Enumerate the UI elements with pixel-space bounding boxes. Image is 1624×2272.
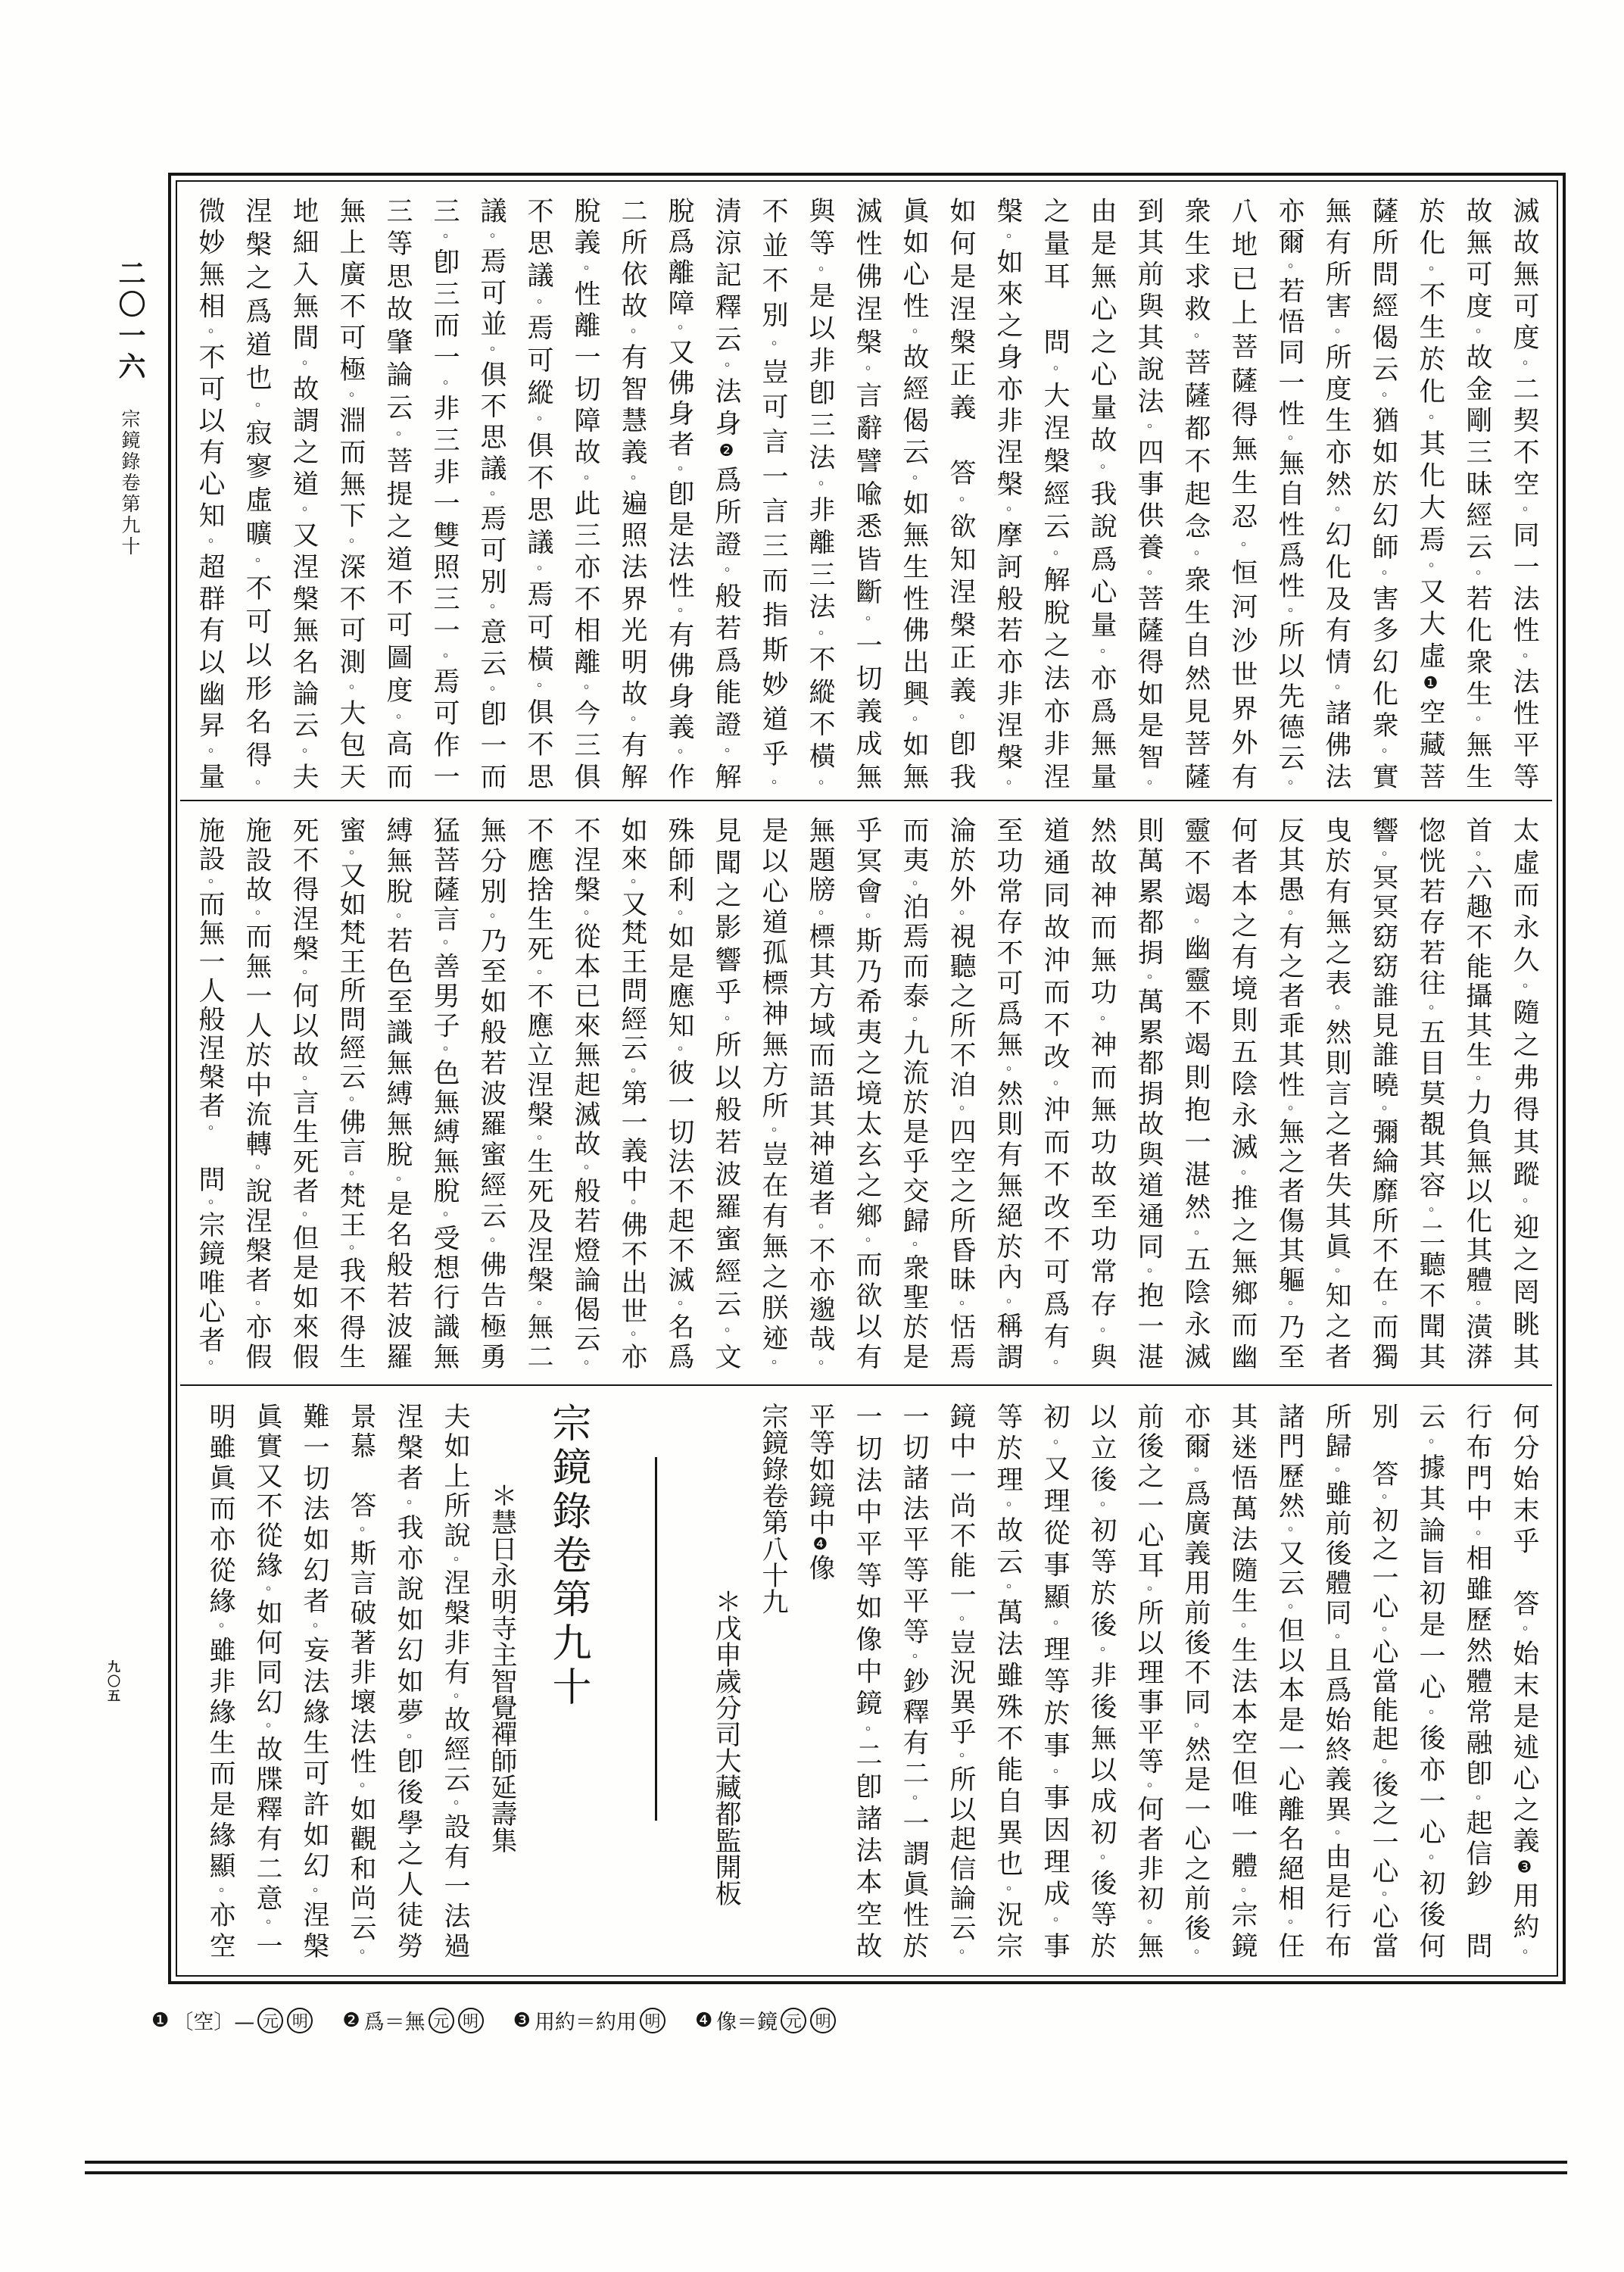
footnote-text: 〔空〕— (173, 2005, 254, 2035)
kan-end-title-column: 宗鏡錄卷第八十九 (750, 1403, 796, 1958)
text-column: 靈不竭。幽靈不竭則抱一湛然。五陰永滅 (1172, 816, 1219, 1369)
margin-running-title: 宗鏡錄卷第九十 (116, 409, 143, 557)
edition-siglum-icon: 元 (429, 2008, 454, 2033)
text-column: 與等。是以非卽三法。非離三法。不縱不橫。 (796, 197, 843, 789)
band-separator-rule (180, 800, 1552, 801)
text-column: 鏡中一尚不能一。豈況異乎。所以起信論云。 (937, 1403, 984, 1958)
footnote-marker-icon: ❸ (1515, 1858, 1534, 1882)
bottom-rule (85, 2171, 1567, 2174)
edition-siglum-icon: 元 (257, 2008, 283, 2033)
text-column: 無上廣不可極。淵而無下。深不可測。大包天 (327, 197, 374, 789)
text-column: 亦爾。爲廣義用前後不同。然是一心之前後。 (1172, 1403, 1219, 1958)
text-column: 以立後。初等於後。非後無以成初。後等於 (1078, 1403, 1125, 1958)
text-column: 無分別。乃至如般若波羅蜜經云。佛告極勇 (468, 816, 515, 1369)
footnote-marker-icon: ❶ (1421, 674, 1440, 698)
text-column: 然故神而無功。神而無功故至功常存。與 (1078, 816, 1125, 1369)
text-column: 初。又理從事顯。理等於事。事因理成。事 (1031, 1403, 1078, 1958)
text-column: 亦爾。若悟同一性。無自性爲性。所以先德云。 (1266, 197, 1313, 789)
text-column: 滅故無可度。二契不空。同一法性。法性平等 (1501, 197, 1548, 789)
text-column: 清涼記釋云。法身❷爲所證。般若爲能證。解 (703, 197, 750, 789)
text-column: 如來。又梵王問經云。第一義中。佛不出世。亦 (609, 816, 656, 1369)
author-column: ＊慧日永明寺主智覺禪師延壽集 (478, 1403, 525, 1958)
text-frame: 滅故無可度。二契不空。同一法性。法性平等故無可度。故金剛三昧經云。若化衆生。無生… (168, 173, 1566, 1984)
footnote-text: 用約＝約用 (535, 2005, 637, 2035)
bottom-rule (85, 2161, 1567, 2164)
text-column: 涅槃之爲道也。寂寥虛曠。不可以形名得。 (233, 197, 280, 789)
text-column: 三。卽三而一。非三非一雙照三一。焉可作一 (421, 197, 468, 789)
text-column: 涅槃者。我亦說如幻如夢。卽後學之人徒勞 (385, 1403, 432, 1958)
text-column: 不思議。焉可縱。俱不思議。焉可橫。俱不思 (515, 197, 562, 789)
text-column: 施設。而無一人般涅槃者。 問。宗鏡唯心者。 (186, 816, 233, 1369)
text-column: 明雖眞而亦從緣。雖非緣生而是緣顯。亦空 (197, 1403, 244, 1958)
margin-page-number: 九〇五 (103, 1660, 122, 1703)
text-column: 脫義。性離一切障故。此三亦不相離。今三俱 (562, 197, 609, 789)
text-column: 於化。不生於化。其化大焉。又大虛❶空藏菩 (1407, 197, 1454, 789)
footnote-item: ❶〔空〕—元明 (151, 2005, 313, 2035)
text-column: 惚恍若存若往。五目莫覩其容。二聽不聞其 (1407, 816, 1454, 1369)
footnote-item: ❹像＝鏡元明 (695, 2005, 837, 2035)
text-column: 何者本之有境則五陰永滅。推之無鄉而幽 (1219, 816, 1266, 1369)
text-column: 反其愚。有之者乖其性。無之者傷其軀。乃至 (1266, 816, 1313, 1369)
text-column: 何分始末乎 答。始末是述心之義❸用約。 (1501, 1403, 1548, 1958)
text-column: 衆生求救。菩薩都不起念。衆生自然見菩薩 (1172, 197, 1219, 789)
text-column: 八地已上菩薩得無生忍。恒河沙世界外有 (1219, 197, 1266, 789)
text-column: 則萬累都捐。萬累都捐故與道通同。抱一湛 (1125, 816, 1172, 1369)
text-column: 不應捨生死。不應立涅槃。生死及涅槃。無二 (515, 816, 562, 1369)
text-column: 而夷。泊焉而泰。九流於是乎交歸。衆聖於是 (890, 816, 937, 1369)
text-column: 殊師利。如是應知。彼一切法不起不滅。名爲 (656, 816, 703, 1369)
kan-divider (644, 1403, 669, 1958)
text-column: 故無可度。故金剛三昧經云。若化衆生。無生 (1454, 197, 1501, 789)
text-column: 是以心道孤標神無方所。豈在有無之朕迹。 (750, 816, 796, 1369)
kan-divider-rule (655, 1457, 657, 1821)
text-column: 淪於外。視聽之所不洎。四空之所昏昧。恬焉 (937, 816, 984, 1369)
volume-title-column: 宗鏡錄卷第九十 (525, 1403, 610, 1958)
text-column: 前後之一心耳。所以理事平等。何者非初。無 (1125, 1403, 1172, 1958)
footnote-item: ❸用約＝約用明 (513, 2005, 666, 2035)
edition-siglum-icon: 明 (458, 2008, 484, 2033)
text-column: 施設故。而無一人於中流轉。說涅槃者。亦假 (233, 816, 280, 1369)
footnote-number-icon: ❸ (513, 2009, 531, 2032)
edition-siglum-icon: 明 (810, 2008, 836, 2033)
text-column: 太虛而永久。隨之弗得其蹤。迎之罔眺其 (1501, 816, 1548, 1369)
text-column: 諸門歷然。又云。但以本是一心離名絕相。任 (1266, 1403, 1313, 1958)
text-column: 脫爲離障。又佛身者。卽是法性。有佛身義。作 (656, 197, 703, 789)
text-column: 眞如心性。故經偈云。如無生性佛出興。如無 (890, 197, 937, 789)
text-column: 無題牓。標其方域而語其神道者。不亦邈哉。 (796, 816, 843, 1369)
text-column: 死不得涅槃。何以故。言生死者。但是如來假 (280, 816, 327, 1369)
text-column: 景慕 答。斯言破著非壞法性。如觀和尚云。 (338, 1403, 385, 1958)
text-column: 地細入無間。故謂之道。又涅槃無名論云。夫 (280, 197, 327, 789)
text-column: 一切法中平等如像中鏡。二卽諸法本空故 (843, 1403, 890, 1958)
footnote-number-icon: ❹ (695, 2009, 712, 2032)
text-column: 別 答。初之一心。心當能起。後之一心。心當 (1360, 1403, 1407, 1958)
text-column: 蜜。又如梵王所問經云。佛言。梵王。我不得生 (327, 816, 374, 1369)
text-column: 云。據其論旨初是一心。後亦一心。初後何 (1407, 1403, 1454, 1958)
text-column: 曳於有無之表。然則言之者失其眞。知之者 (1313, 816, 1360, 1369)
text-column: 無有所害。所度生亦然。幻化及有情。諸佛法 (1313, 197, 1360, 789)
text-column: 至功常存不可爲無。然則有無絕於內。稱謂 (984, 816, 1031, 1369)
edition-siglum-icon: 元 (781, 2008, 806, 2033)
text-column: 到其前與其說法。四事供養。菩薩得如是智。 (1125, 197, 1172, 789)
footnote-text: 像＝鏡 (716, 2005, 778, 2035)
text-column: 議。焉可並。俱不思議。焉可別。意云。卽一而 (468, 197, 515, 789)
text-column: 行布門中。相雖歷然體常融卽。起信鈔 問 (1454, 1403, 1501, 1958)
text-column: 難一切法如幻者。妄法緣生可許如幻。涅槃 (291, 1403, 338, 1958)
footnote-number-icon: ❶ (151, 2009, 169, 2032)
text-column: 二所依故。有智慧義。遍照法界光明故。有解 (609, 197, 656, 789)
text-column: 滅性佛涅槃。言辭譬喩悉皆斷。一切義成無 (843, 197, 890, 789)
text-column: 眞實又不從緣。如何同幻。故牒釋有二意。一 (244, 1403, 291, 1958)
text-column: 由是無心之心量故。我說爲心量。亦爲無量 (1078, 197, 1125, 789)
spacer-column (610, 1403, 644, 1958)
text-band-middle: 太虛而永久。隨之弗得其蹤。迎之罔眺其首。六趣不能攝其生。力負無以化其體。潢漭惚恍… (185, 816, 1548, 1369)
text-column: 一切諸法平等平等。鈔釋有二。一謂眞性於 (890, 1403, 937, 1958)
footnote-text: 爲＝無 (364, 2005, 425, 2035)
text-column: 首。六趣不能攝其生。力負無以化其體。潢漭 (1454, 816, 1501, 1369)
apparatus-footnotes: ❶〔空〕—元明❷爲＝無元明❸用約＝約用明❹像＝鏡元明 (151, 2005, 837, 2035)
band-separator-rule (180, 1384, 1552, 1386)
text-column: 三等思故肇論云。菩提之道不可圖度。高而 (374, 197, 421, 789)
margin-text-number: 二〇一六 (111, 259, 149, 383)
text-column: 其迷悟萬法隨生。生法本空但唯一體。宗鏡 (1219, 1403, 1266, 1958)
text-column: 縛無脫。若色至識無縛無脫。是名般若波羅 (374, 816, 421, 1369)
text-column: 槃。如來之身亦非涅槃。摩訶般若亦非涅槃。 (984, 197, 1031, 789)
text-column: 之量耳 問。大涅槃經云。解脫之法亦非涅 (1031, 197, 1078, 789)
edition-siglum-icon: 明 (640, 2008, 665, 2033)
text-column: 乎冥會。斯乃希夷之境太玄之鄉。而欲以有 (843, 816, 890, 1369)
footnote-marker-icon: ❹ (811, 1535, 830, 1554)
text-column: 如何是涅槃正義 答。欲知涅槃正義。卽我 (937, 197, 984, 789)
text-column: 平等如鏡中❹像 (796, 1403, 843, 1958)
text-column: 響。冥冥窈窈誰見誰曉。彌綸靡所不在。而獨 (1360, 816, 1407, 1369)
text-column: 猛菩薩言。善男子。色無縛無脫。受想行識無 (421, 816, 468, 1369)
text-column: 不並不別。豈可言一言三而指斯妙道乎。 (750, 197, 796, 789)
text-column: 夫如上所說。涅槃非有。故經云。設有一法過 (432, 1403, 478, 1958)
text-column: 道通同故沖而不改。沖而不改不可爲有。 (1031, 816, 1078, 1369)
footnote-item: ❷爲＝無元明 (342, 2005, 484, 2035)
colophon-column: ＊戊申歲分司大藏都監開板 (703, 1403, 750, 1958)
footnote-number-icon: ❷ (342, 2009, 360, 2032)
text-band-lower: 何分始末乎 答。始末是述心之義❸用約。行布門中。相雖歷然體常融卽。起信鈔 問云。… (185, 1403, 1548, 1958)
text-band-upper: 滅故無可度。二契不空。同一法性。法性平等故無可度。故金剛三昧經云。若化衆生。無生… (185, 197, 1548, 789)
footnote-marker-icon: ❷ (717, 442, 736, 466)
scanned-page: { "margin": { "text_number": "二〇一六", "ru… (0, 0, 1624, 2272)
text-column: 見聞之影響乎。所以般若波羅蜜經云。文 (703, 816, 750, 1369)
text-column: 不涅槃。從本已來無起滅故。般若燈論偈云。 (562, 816, 609, 1369)
spacer-column (669, 1403, 703, 1958)
text-column: 所歸。雖前後體同。且爲始終義異。由是行布 (1313, 1403, 1360, 1958)
text-column: 薩所問經偈云。猶如於幻師。害多幻化衆。實 (1360, 197, 1407, 789)
edition-siglum-icon: 明 (287, 2008, 313, 2033)
text-column: 等於理。故云。萬法雖殊不能自異也。況宗 (984, 1403, 1031, 1958)
text-column: 微妙無相。不可以有心知。超群有以幽昇。量 (186, 197, 233, 789)
